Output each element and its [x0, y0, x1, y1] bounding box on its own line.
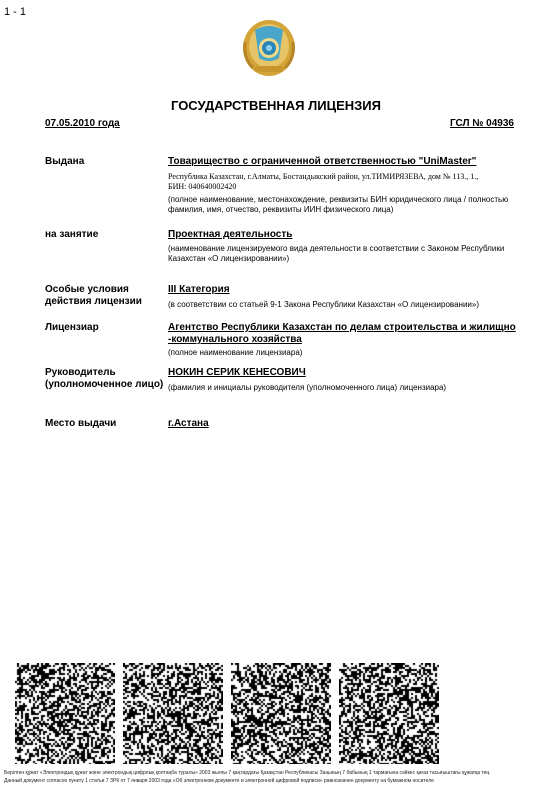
- 2d-barcode-icon: [231, 663, 331, 764]
- issued-to-address-line1: Республика Казахстан, г.Алматы, Бостанды…: [168, 172, 523, 182]
- head-label-line1: Руководитель: [45, 367, 116, 379]
- 2d-barcode-icon: [15, 663, 115, 764]
- document-title: ГОСУДАРСТВЕННАЯ ЛИЦЕНЗИЯ: [0, 98, 552, 113]
- activity-note: (наименование лицензируемого вида деятел…: [168, 244, 523, 264]
- conditions-value: III Категория: [168, 284, 518, 296]
- issued-to-label: Выдана: [45, 156, 84, 168]
- conditions-label-line2: действия лицензии: [45, 296, 142, 308]
- licensor-note: (полное наименование лицензиара): [168, 348, 523, 358]
- head-note: (фамилия и инициалы руководителя (уполно…: [168, 383, 523, 393]
- issued-to-value: Товарищество с ограниченной ответственно…: [168, 156, 518, 168]
- license-number: ГСЛ № 04936: [450, 118, 514, 129]
- activity-label: на занятие: [45, 229, 98, 241]
- legal-footer: Берілген құжат «Электрондық құжат және э…: [4, 769, 491, 785]
- place-label: Место выдачи: [45, 418, 116, 430]
- footer-line-russian: Данный документ согласно пункту 1 статьи…: [4, 777, 491, 785]
- activity-value: Проектная деятельность: [168, 229, 518, 241]
- footer-line-kazakh: Берілген құжат «Электрондық құжат және э…: [4, 769, 491, 777]
- place-value: г.Астана: [168, 418, 518, 430]
- issued-to-address-line2: БИН: 040640002420: [168, 182, 523, 192]
- conditions-note: (в соответствии со статьей 9-1 Закона Ре…: [168, 300, 523, 310]
- licensor-label: Лицензиар: [45, 322, 99, 334]
- head-value: НОКИН СЕРИК КЕНЕСОВИЧ: [168, 367, 518, 379]
- issue-date: 07.05.2010 года: [45, 118, 120, 129]
- 2d-barcode-icon: [123, 663, 223, 764]
- 2d-barcode-icon: [339, 663, 439, 764]
- head-label-line2: (уполномоченное лицо): [45, 379, 163, 391]
- issued-to-note: (полное наименование, местонахождение, р…: [168, 195, 523, 215]
- page-indicator: 1 - 1: [4, 6, 26, 18]
- licensor-value: Агентство Республики Казахстан по делам …: [168, 322, 518, 346]
- state-emblem-icon: [241, 18, 297, 78]
- conditions-label-line1: Особые условия: [45, 284, 129, 296]
